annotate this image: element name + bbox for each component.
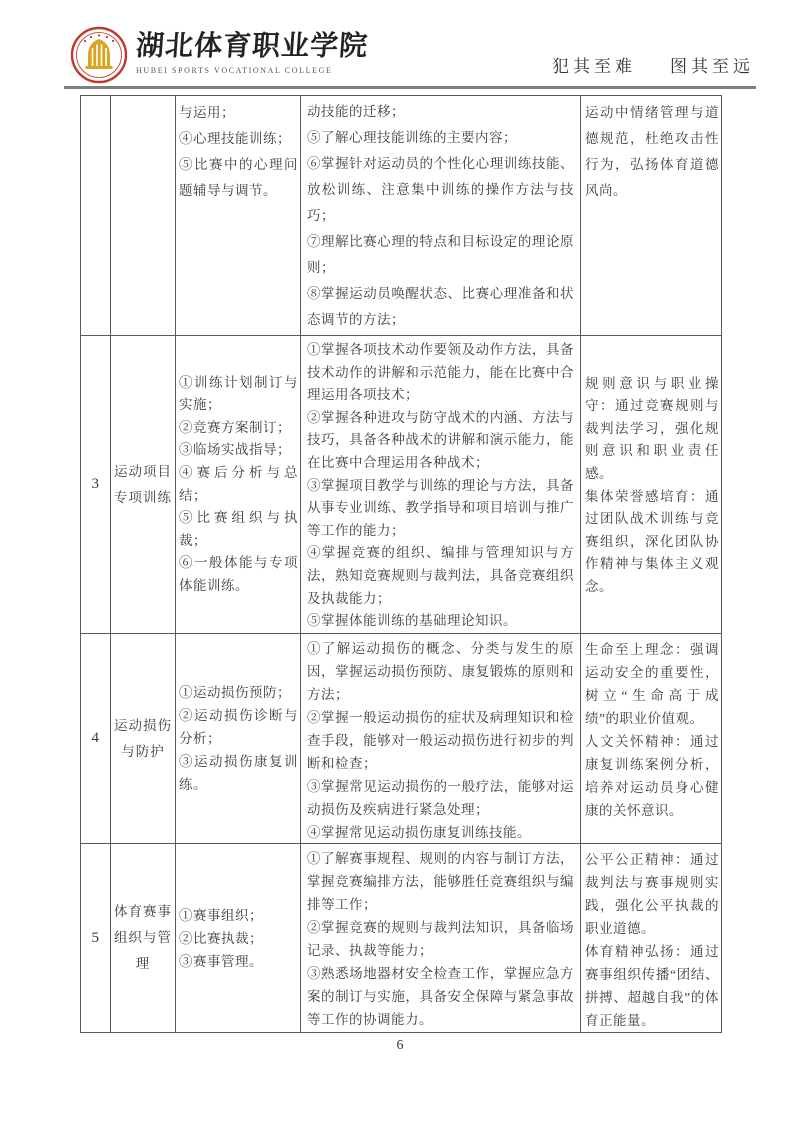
page-header: 湖北体育职业学院 HUBEI SPORTS VOCATIONAL COLLEGE… [0, 0, 800, 92]
motto-left: 犯其至难 [552, 52, 636, 77]
content-text: ④掌握竞赛的组织、编排与管理知识与方法，熟知竞赛规则与裁判法，具备竞赛组织及执裁… [307, 542, 574, 610]
item-text: ②运动损伤诊断与分析； [179, 704, 298, 750]
document-page: 湖北体育职业学院 HUBEI SPORTS VOCATIONAL COLLEGE… [0, 0, 800, 1131]
table-row: 5 体育赛事组织与管理 ①赛事组织； ②比赛执裁； ③赛事管理。 ①了解赛事规程… [81, 844, 721, 1032]
content-text: ⑥掌握针对运动员的个性化心理训练技能、放松训练、注意集中训练的操作方法与技巧； [307, 151, 574, 229]
values-text: 人文关怀精神：通过康复训练案例分析，培养对运动员身心健康的关怀意识。 [585, 730, 719, 822]
college-name-cn: 湖北体育职业学院 [135, 30, 397, 64]
content-text: 动技能的迁移； [307, 99, 574, 125]
col-content: ①了解运动损伤的概念、分类与发生的原因，掌握运动损伤预防、康复锻炼的原则和方法；… [301, 634, 581, 843]
col-number: 4 [81, 634, 111, 843]
table-row: 与运用； ④心理技能训练； ⑤比赛中的心理问题辅导与调节。 动技能的迁移； ⑤了… [81, 96, 721, 336]
values-text: 集体荣誉感培育：通过团队战术训练与竞赛组织，深化团队协作精神与集体主义观念。 [585, 486, 719, 599]
college-motto: 犯其至难 图其至远 [552, 52, 754, 77]
curriculum-table: 与运用； ④心理技能训练； ⑤比赛中的心理问题辅导与调节。 动技能的迁移； ⑤了… [80, 95, 722, 1033]
content-text: ③熟悉场地器材安全检查工作，掌握应急方案的制订与实施，具备安全保障与紧急事故等工… [307, 962, 574, 1031]
col-values: 运动中情绪管理与道德规范，杜绝攻击性行为，弘扬体育道德风尚。 [581, 96, 723, 335]
content-text: ③掌握项目教学与训练的理论与方法，具备从事专业训练、教学指导和项目培训与推广等工… [307, 475, 574, 543]
values-text: 公平公正精神：通过裁判法与赛事规则实践，强化公平执裁的职业道德。 [585, 848, 719, 940]
item-text: ⑥一般体能与专项体能训练。 [179, 552, 298, 597]
item-text: ①训练计划制订与实施； [179, 372, 298, 417]
col-category: 运动损伤与防护 [111, 634, 176, 843]
table-row: 3 运动项目专项训练 ①训练计划制订与实施； ②竞赛方案制订； ③临场实战指导；… [81, 336, 721, 634]
col-content: 动技能的迁移； ⑤了解心理技能训练的主要内容； ⑥掌握针对运动员的个性化心理训练… [301, 96, 581, 335]
content-text: ②掌握一般运动损伤的症状及病理知识和检查手段，能够对一般运动损伤进行初步的判断和… [307, 706, 574, 775]
item-text: ②比赛执裁； [179, 927, 298, 950]
content-text: ⑨掌握攻击性行为产生的原因及应对措施。 [307, 333, 574, 335]
col-values: 规则意识与职业操守：通过竞赛规则与裁判法学习，强化规则意识和职业责任感。 集体荣… [581, 336, 723, 633]
item-text: ⑤比赛组织与执裁； [179, 507, 298, 552]
content-text: ①了解运动损伤的概念、分类与发生的原因，掌握运动损伤预防、康复锻炼的原则和方法； [307, 637, 574, 706]
content-text: ⑧掌握运动员唤醒状态、比赛心理准备和状态调节的方法； [307, 281, 574, 333]
values-text: 体育精神弘扬：通过赛事组织传播“团结、拼搏、超越自我”的体育正能量。 [585, 940, 719, 1032]
content-text: ⑤了解心理技能训练的主要内容； [307, 125, 574, 151]
col-values: 生命至上理念：强调运动安全的重要性，树立“生命高于成绩”的职业价值观。 人文关怀… [581, 634, 723, 843]
col-content: ①了解赛事规程、规则的内容与制订方法，掌握竞赛编排方法，能够胜任竞赛组织与编排等… [301, 844, 581, 1032]
col-category [111, 96, 176, 335]
col-number [81, 96, 111, 335]
content-text: ⑤掌握体能训练的基础理论知识。 [307, 610, 574, 633]
item-text: 与运用； [179, 100, 298, 126]
col-category: 运动项目专项训练 [111, 336, 176, 633]
col-items: ①运动损伤预防； ②运动损伤诊断与分析； ③运动损伤康复训练。 [176, 634, 301, 843]
item-text: ③赛事管理。 [179, 950, 298, 973]
col-content: ①掌握各项技术动作要领及动作方法，具备技术动作的讲解和示范能力，能在比赛中合理运… [301, 336, 581, 633]
content-text: ①掌握各项技术动作要领及动作方法，具备技术动作的讲解和示范能力，能在比赛中合理运… [307, 339, 574, 407]
col-items: ①赛事组织； ②比赛执裁； ③赛事管理。 [176, 844, 301, 1032]
motto-right: 图其至远 [670, 52, 754, 77]
item-text: ③临场实战指导； [179, 439, 298, 462]
item-text: ①运动损伤预防； [179, 681, 298, 704]
header-divider [64, 86, 756, 89]
content-text: ⑦理解比赛心理的特点和目标设定的理论原则； [307, 229, 574, 281]
col-items: 与运用； ④心理技能训练； ⑤比赛中的心理问题辅导与调节。 [176, 96, 301, 335]
col-items: ①训练计划制订与实施； ②竞赛方案制订； ③临场实战指导； ④赛后分析与总结； … [176, 336, 301, 633]
item-text: ⑤比赛中的心理问题辅导与调节。 [179, 152, 298, 204]
page-number: 6 [0, 1038, 800, 1054]
content-text: ②掌握各种进攻与防守战术的内涵、方法与技巧，具备各种战术的讲解和演示能力，能在比… [307, 407, 574, 475]
values-text: 运动中情绪管理与道德规范，杜绝攻击性行为，弘扬体育道德风尚。 [585, 100, 719, 204]
col-values: 公平公正精神：通过裁判法与赛事规则实践，强化公平执裁的职业道德。 体育精神弘扬：… [581, 844, 723, 1032]
college-name-en: HUBEI SPORTS VOCATIONAL COLLEGE [136, 66, 396, 75]
table-row: 4 运动损伤与防护 ①运动损伤预防； ②运动损伤诊断与分析； ③运动损伤康复训练… [81, 634, 721, 844]
item-text: ③运动损伤康复训练。 [179, 750, 298, 796]
content-text: ③掌握常见运动损伤的一般疗法，能够对运动损伤及疾病进行紧急处理； [307, 775, 574, 821]
item-text: ④心理技能训练； [179, 126, 298, 152]
col-number: 5 [81, 844, 111, 1032]
col-number: 3 [81, 336, 111, 633]
content-text: ②掌握竞赛的规则与裁判法知识，具备临场记录、执裁等能力； [307, 916, 574, 962]
item-text: ②竞赛方案制订； [179, 417, 298, 440]
values-text: 生命至上理念：强调运动安全的重要性，树立“生命高于成绩”的职业价值观。 [585, 638, 719, 730]
item-text: ①赛事组织； [179, 904, 298, 927]
values-text: 规则意识与职业操守：通过竞赛规则与裁判法学习，强化规则意识和职业责任感。 [585, 373, 719, 486]
col-category: 体育赛事组织与管理 [111, 844, 176, 1032]
content-text: ①了解赛事规程、规则的内容与制订方法，掌握竞赛编排方法，能够胜任竞赛组织与编排等… [307, 847, 574, 916]
item-text: ④赛后分析与总结； [179, 462, 298, 507]
college-emblem-icon [70, 26, 128, 84]
college-title-block: 湖北体育职业学院 HUBEI SPORTS VOCATIONAL COLLEGE [136, 30, 396, 75]
content-text: ④掌握常见运动损伤康复训练技能。 [307, 821, 574, 843]
